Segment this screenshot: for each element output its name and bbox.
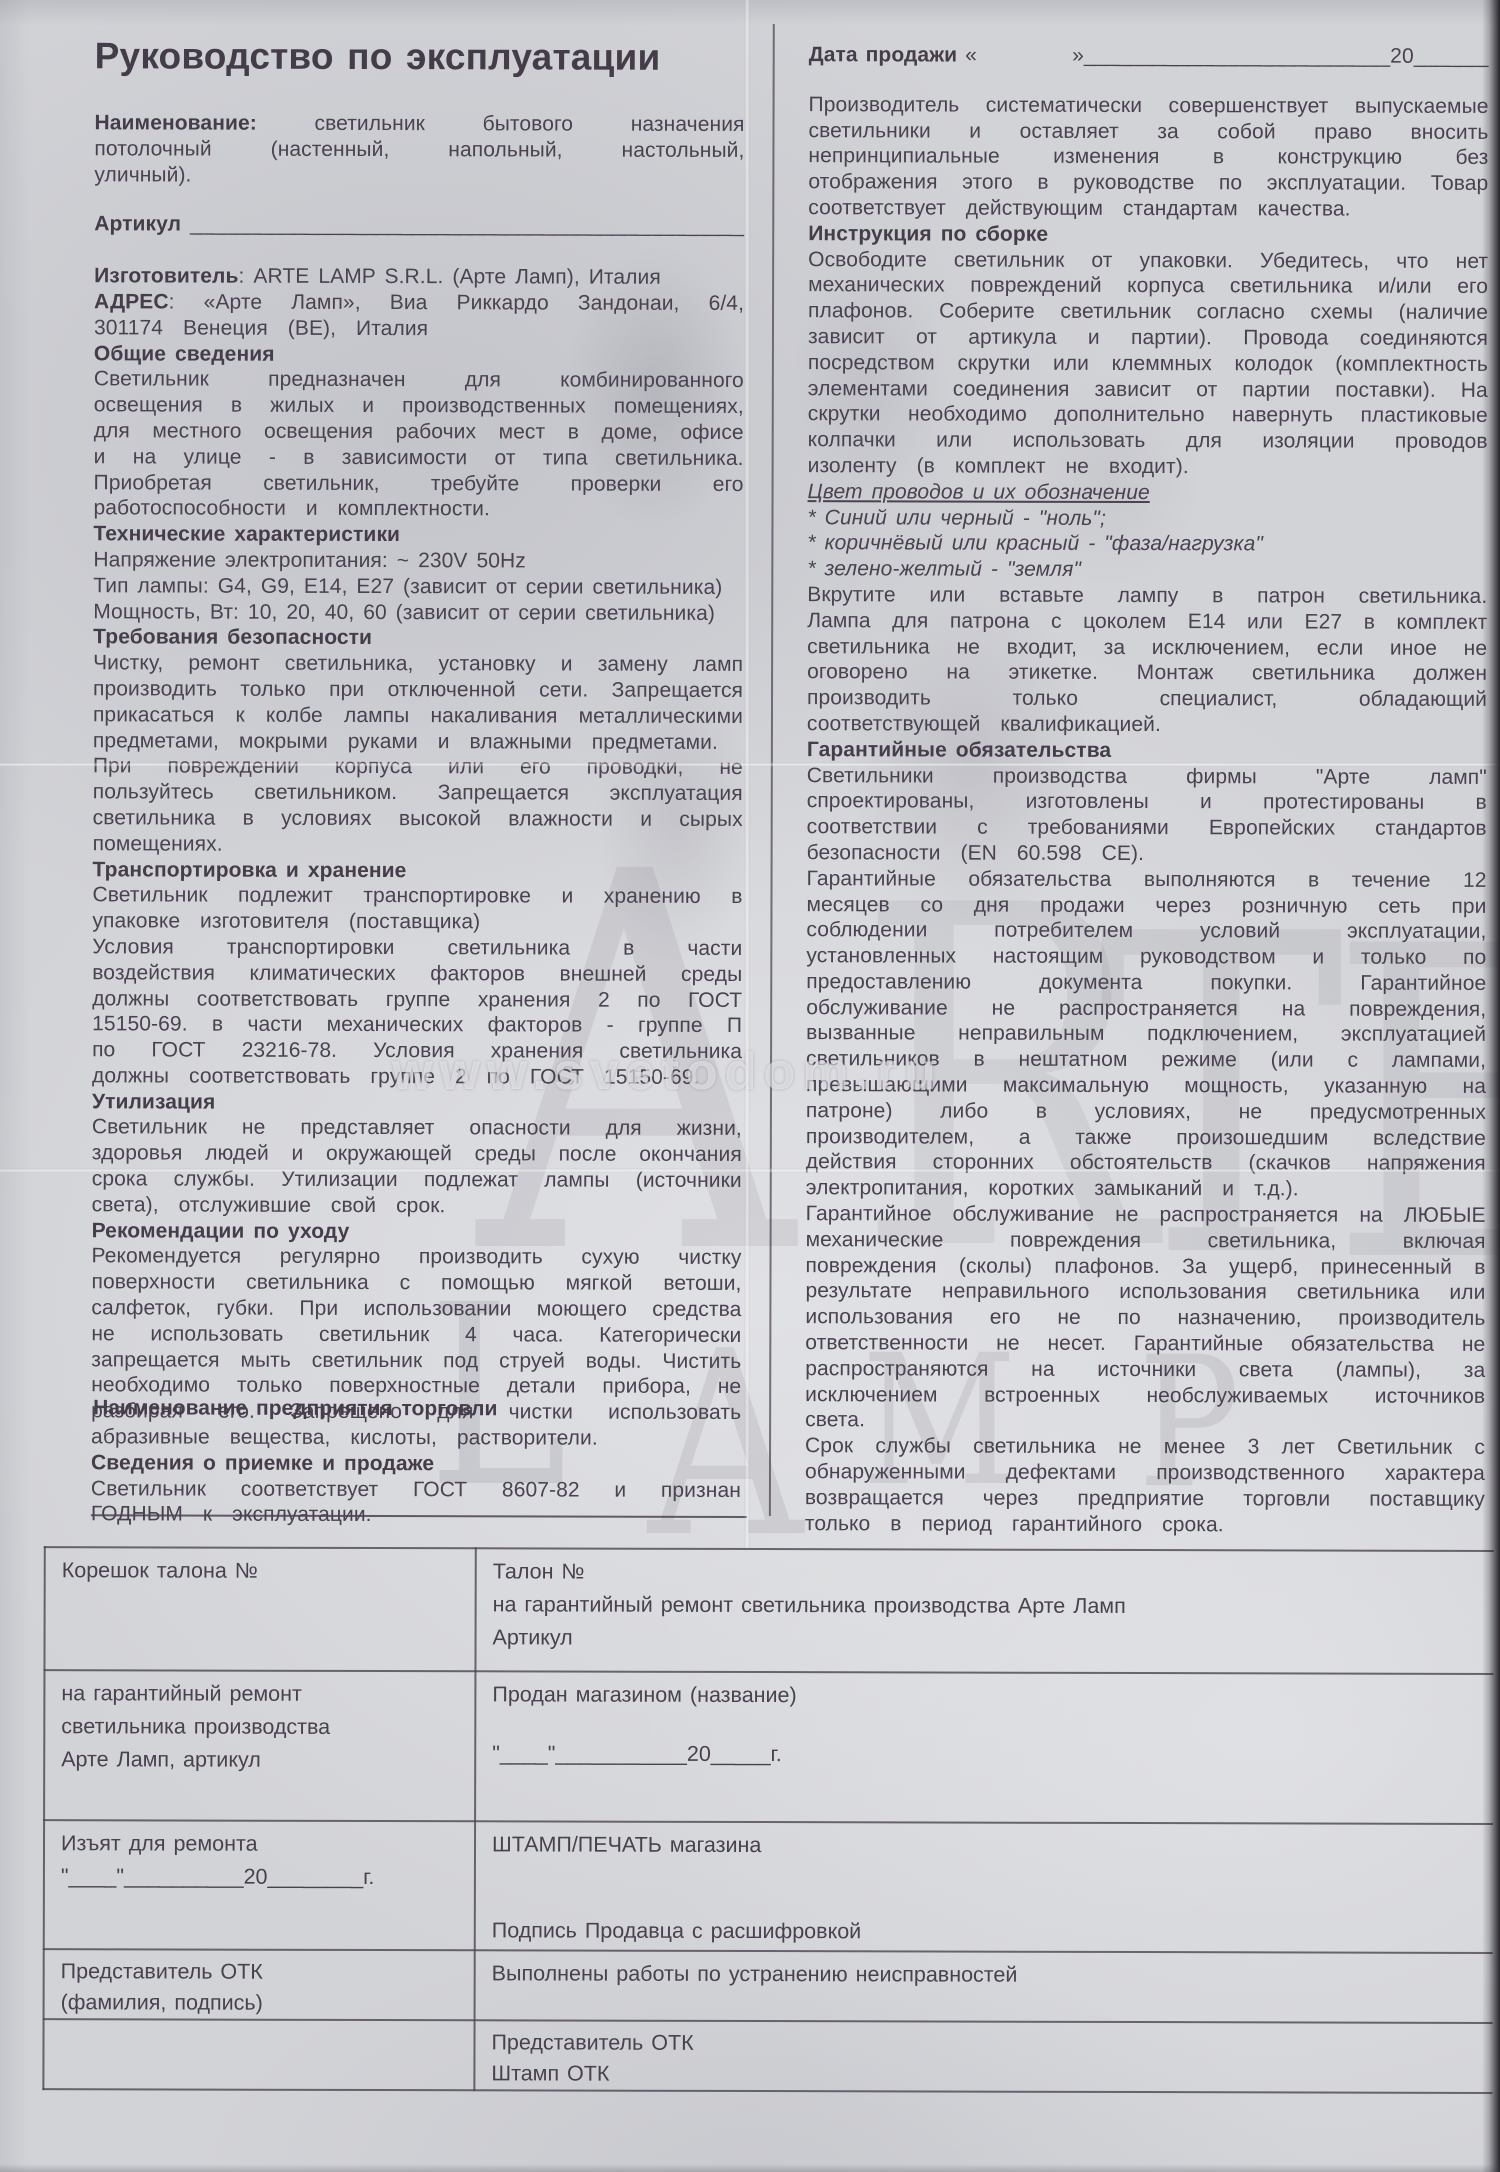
stub-repair-line: Арте Ламп, артикул xyxy=(61,1743,464,1777)
wire-neutral-line: * Синий или черный - "ноль"; xyxy=(807,505,1487,533)
section-heading-safety: Требования безопасности xyxy=(93,625,743,652)
section-paragraph: Освободите светильник от упаковки. Убеди… xyxy=(808,247,1489,481)
section-heading-transport: Транспортировка и хранение xyxy=(93,857,743,884)
page-title: Руководство по эксплуатации xyxy=(95,34,745,80)
section-heading-warranty: Гарантийные обязательства xyxy=(807,737,1487,765)
table-row: Представитель ОТК (фамилия, подпись) Вып… xyxy=(44,1949,1493,2023)
stub-repair-cell: на гарантийный ремонт светильника произв… xyxy=(44,1670,475,1821)
stub-repair-line: светильника производства xyxy=(61,1710,464,1744)
right-column: Дата продажи « »________________________… xyxy=(805,42,1489,1538)
section-paragraph: При повреждении корпуса или его проводки… xyxy=(93,754,743,859)
wire-ground-line: * зелено-желтый - "земля" xyxy=(807,556,1487,584)
sale-date-field: Дата продажи « »________________________… xyxy=(809,42,1489,70)
section-paragraph: Срок службы светильника не менее 3 лет С… xyxy=(805,1433,1485,1538)
section-paragraph: Условия транспортировки светильника в ча… xyxy=(92,934,742,1090)
coupon-repair-label: на гарантийный ремонт светильника произв… xyxy=(493,1588,1484,1624)
address-value: : «Арте Ламп», Виа Риккардо Зандонаи, 6/… xyxy=(94,290,744,339)
section-paragraph: Светильник подлежит транспортировке и хр… xyxy=(92,883,742,936)
table-row: Изъят для ремонта "____"__________20____… xyxy=(44,1820,1493,1953)
shop-stamp-label: ШТАМП/ПЕЧАТЬ магазина xyxy=(492,1828,1483,1864)
sold-by-shop-label: Продан магазином (название) xyxy=(492,1678,1483,1714)
otk-representative-label: Представитель ОТК xyxy=(61,1956,464,1988)
manufacturer-value: : ARTE LAMP S.R.L. (Арте Ламп), Италия xyxy=(238,265,660,289)
section-paragraph: Гарантийные обязательства выполняются в … xyxy=(806,866,1487,1203)
otk-representative-cell: Представитель ОТК (фамилия, подпись) xyxy=(44,1949,475,2020)
scanned-manual-page: A R T E L A M P Руководство по эксплуата… xyxy=(0,0,1500,2172)
coupon-number-label: Талон № xyxy=(493,1555,1484,1591)
address-line: АДРЕС: «Арте Ламп», Виа Риккардо Зандона… xyxy=(94,289,744,342)
section-paragraph: Светильник предназначен для комбинирован… xyxy=(93,367,743,523)
product-name-label: Наименование: xyxy=(94,111,256,134)
stub-repair-line: на гарантийный ремонт xyxy=(61,1677,464,1711)
table-row: Корешок талона № Талон № на гарантийный … xyxy=(44,1547,1493,1674)
warranty-coupon-table: Корешок талона № Талон № на гарантийный … xyxy=(42,1546,1493,2094)
column-divider-line xyxy=(769,24,775,1516)
removed-for-repair-cell: Изъят для ремонта "____"__________20____… xyxy=(44,1820,475,1950)
section-paragraph: Светильники производства фирмы "Арте лам… xyxy=(807,763,1487,868)
section-paragraph: Светильник не представляет опасности для… xyxy=(92,1115,742,1220)
work-done-cell: Выполнены работы по устранению неисправн… xyxy=(475,1950,1493,2023)
table-row: Представитель ОТК Штамп ОТК xyxy=(43,2019,1492,2093)
otk-representative-sub: (фамилия, подпись) xyxy=(61,1987,464,2019)
document-content: Руководство по эксплуатации Наименование… xyxy=(0,0,1500,2172)
work-done-label: Выполнены работы по устранению неисправн… xyxy=(492,1961,1018,1986)
section-heading-general: Общие сведения xyxy=(94,341,744,368)
table-row: на гарантийный ремонт светильника произв… xyxy=(44,1670,1493,1824)
removed-date-blank: "____"__________20________г. xyxy=(61,1860,464,1894)
left-column: Руководство по эксплуатации Наименование… xyxy=(91,34,745,1529)
coupon-cell: Талон № на гарантийный ремонт светильник… xyxy=(475,1548,1493,1674)
section-paragraph: Гарантийное обслуживание не распространя… xyxy=(805,1201,1486,1435)
removed-for-repair-label: Изъят для ремонта xyxy=(61,1827,464,1861)
sold-by-shop-cell: Продан магазином (название) "____"______… xyxy=(475,1671,1493,1824)
section-heading-assembly: Инструкция по сборке xyxy=(808,221,1488,249)
spec-voltage: Напряжение электропитания: ~ 230V 50Hz xyxy=(93,547,743,574)
artikul-field: Артикул ________________________________… xyxy=(94,212,744,239)
seller-signature-label: Подпись Продавца с расшифровкой xyxy=(492,1914,862,1948)
sale-date-label: Дата продажи xyxy=(809,43,958,66)
spec-power: Мощность, Вт: 10, 20, 40, 60 (зависит от… xyxy=(93,599,743,626)
section-heading-acceptance: Сведения о приемке и продаже xyxy=(91,1450,741,1477)
coupon-stub-cell: Корешок талона № xyxy=(44,1547,475,1671)
artikul-blank-line: ________________________________________… xyxy=(190,213,744,238)
coupon-stub-label: Корешок талона № xyxy=(62,1558,258,1583)
artikul-label: Артикул xyxy=(94,213,181,236)
trade-enterprise-label: Наименование предприятия торговли xyxy=(93,1396,497,1421)
shop-stamp-cell: ШТАМП/ПЕЧАТЬ магазина Подпись Продавца с… xyxy=(475,1821,1493,1953)
otk-representative-label: Представитель ОТК xyxy=(491,2027,1482,2061)
section-paragraph: Производитель систематически совершенств… xyxy=(808,92,1488,223)
sold-date-blank: "____"___________20_____г. xyxy=(492,1737,1483,1773)
manufacturer-label: Изготовитель xyxy=(94,264,238,287)
coupon-artikul-label: Артикул xyxy=(493,1621,1484,1657)
otk-stamp-label: Штамп ОТК xyxy=(491,2058,1482,2092)
section-heading-care: Рекомендации по уходу xyxy=(92,1218,742,1245)
section-heading-specs: Технические характеристики xyxy=(93,521,743,548)
address-label: АДРЕС xyxy=(94,290,169,313)
sale-date-blank: « »__________________________20_______г. xyxy=(957,44,1489,68)
section-paragraph: Вкрутите или вставьте лампу в патрон све… xyxy=(807,582,1487,739)
section-paragraph: Чистку, ремонт светильника, установку и … xyxy=(93,650,743,755)
otk-stamp-cell: Представитель ОТК Штамп ОТК xyxy=(474,2020,1492,2093)
section-heading-utilization: Утилизация xyxy=(92,1089,742,1116)
wire-phase-line: * коричнёвый или красный - "фаза/нагрузк… xyxy=(807,530,1487,558)
manufacturer-line: Изготовитель: ARTE LAMP S.R.L. (Арте Лам… xyxy=(94,263,744,290)
trade-enterprise-blank-line xyxy=(91,1488,747,1518)
spec-lamp-type: Тип лампы: G4, G9, Е14, Е27 (зависит от … xyxy=(93,573,743,600)
wire-colors-heading: Цвет проводов и их обозначение xyxy=(808,479,1488,507)
empty-cell xyxy=(43,2019,474,2090)
product-name-paragraph: Наименование: светильник бытового назнач… xyxy=(94,110,744,189)
